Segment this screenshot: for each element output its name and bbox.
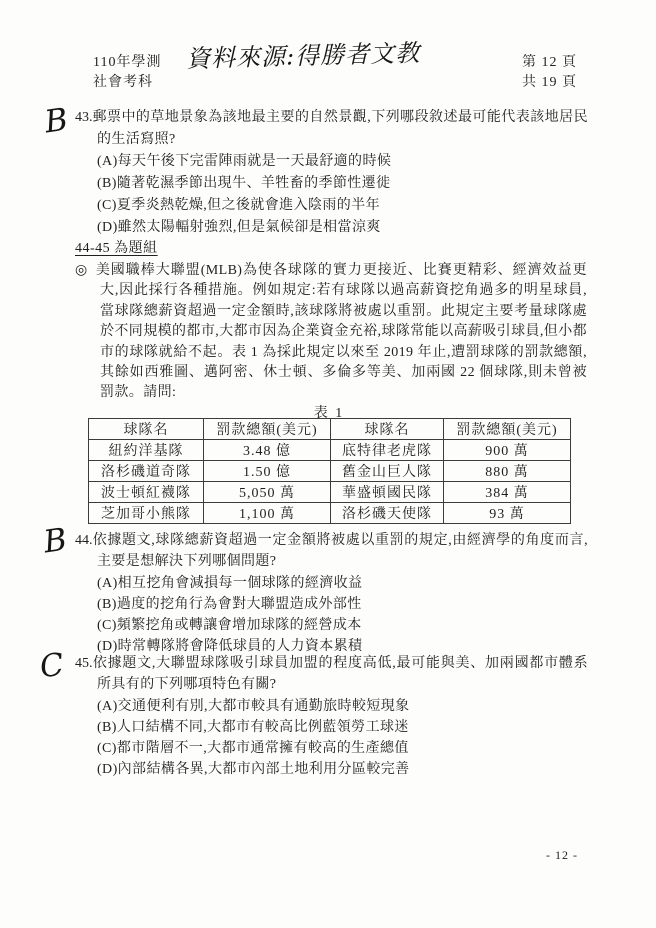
team-name: 華盛頓國民隊 bbox=[331, 482, 444, 503]
option-label: (B) bbox=[97, 597, 117, 612]
fine-amount: 880 萬 bbox=[444, 461, 571, 482]
question-45-option-c: (C)都市階層不一,大都市通常擁有較高的生產總值 bbox=[97, 738, 588, 759]
fine-amount: 93 萬 bbox=[444, 503, 571, 524]
option-label: (C) bbox=[97, 618, 117, 633]
col-header-fine-1: 罰款總額(美元) bbox=[204, 419, 331, 440]
col-header-fine-2: 罰款總額(美元) bbox=[444, 419, 571, 440]
team-name: 芝加哥小熊隊 bbox=[89, 503, 204, 524]
question-group-heading: 44-45 為題組 bbox=[75, 237, 158, 257]
question-44-number: 44. bbox=[75, 533, 93, 548]
question-44-option-c: (C)頻繁挖角或轉讓會增加球隊的經營成本 bbox=[97, 615, 588, 636]
footer-page-number: - 12 - bbox=[546, 848, 578, 863]
fine-amount: 5,050 萬 bbox=[204, 482, 331, 503]
table-row: 洛杉磯道奇隊 1.50 億 舊金山巨人隊 880 萬 bbox=[89, 461, 571, 482]
option-label: (A) bbox=[97, 576, 118, 591]
option-label: (A) bbox=[97, 154, 118, 169]
question-44: 44.依據題文,球隊總薪資超過一定金額將被處以重罰的規定,由經濟學的角度而言,主… bbox=[75, 530, 588, 658]
fine-amount: 3.48 億 bbox=[204, 440, 331, 461]
question-45-option-d: (D)內部結構各異,大都市內部土地利用分區較完善 bbox=[97, 759, 588, 780]
option-label: (C) bbox=[97, 741, 117, 756]
question-43-stem: 43.郵票中的草地景象為該地最主要的自然景觀,下列哪段敘述最可能代表該地居民的生… bbox=[75, 107, 588, 151]
page-number-label: 第 12 頁 bbox=[522, 53, 577, 73]
option-label: (D) bbox=[97, 762, 118, 777]
handwritten-answer-q43: B bbox=[43, 105, 70, 139]
question-group-intro: ◎美國職棒大聯盟(MLB)為使各球隊的實力更接近、比賽更精彩、經濟效益更大,因此… bbox=[75, 261, 587, 404]
header-right: 第 12 頁 共 19 頁 bbox=[522, 53, 577, 93]
question-43-number: 43. bbox=[75, 110, 93, 125]
col-header-team-1: 球隊名 bbox=[89, 419, 204, 440]
option-label: (A) bbox=[97, 699, 118, 714]
option-label: (C) bbox=[97, 198, 117, 213]
question-44-stem: 44.依據題文,球隊總薪資超過一定金額將被處以重罰的規定,由經濟學的角度而言,主… bbox=[75, 530, 588, 573]
circle-bullet-icon: ◎ bbox=[75, 263, 96, 278]
exam-year-label: 110年學測 bbox=[93, 53, 161, 73]
team-name: 底特律老虎隊 bbox=[331, 440, 444, 461]
fine-amount: 1,100 萬 bbox=[204, 503, 331, 524]
option-label: (B) bbox=[97, 720, 117, 735]
question-43-option-a: (A)每天午後下完雷陣雨就是一天最舒適的時候 bbox=[97, 151, 588, 173]
fine-amount: 384 萬 bbox=[444, 482, 571, 503]
question-45: 45.依據題文,大聯盟球隊吸引球員加盟的程度高低,最可能與美、加兩國都市體系所具… bbox=[75, 653, 588, 781]
question-45-stem: 45.依據題文,大聯盟球隊吸引球員加盟的程度高低,最可能與美、加兩國都市體系所具… bbox=[75, 653, 588, 696]
table-header-row: 球隊名 罰款總額(美元) 球隊名 罰款總額(美元) bbox=[89, 419, 571, 440]
team-name: 洛杉磯道奇隊 bbox=[89, 461, 204, 482]
question-43-option-d: (D)雖然太陽輻射強烈,但是氣候卻是相當涼爽 bbox=[97, 217, 588, 239]
question-44-option-a: (A)相互挖角會減損每一個球隊的經濟收益 bbox=[97, 573, 588, 594]
team-name: 紐約洋基隊 bbox=[89, 440, 204, 461]
option-label: (D) bbox=[97, 220, 118, 235]
question-43: 43.郵票中的草地景象為該地最主要的自然景觀,下列哪段敘述最可能代表該地居民的生… bbox=[75, 107, 588, 239]
fine-amount: 900 萬 bbox=[444, 440, 571, 461]
team-name: 舊金山巨人隊 bbox=[331, 461, 444, 482]
table-row: 芝加哥小熊隊 1,100 萬 洛杉磯天使隊 93 萬 bbox=[89, 503, 571, 524]
subject-label: 社會考科 bbox=[93, 73, 161, 93]
question-43-option-c: (C)夏季炎熱乾燥,但之後就會進入陰雨的半年 bbox=[97, 195, 588, 217]
question-45-option-a: (A)交通便利有別,大都市較具有通勤旅時較短現象 bbox=[97, 696, 588, 717]
handwritten-source-note: 資料來源:得勝者文教 bbox=[186, 33, 421, 74]
table-row: 波士頓紅襪隊 5,050 萬 華盛頓國民隊 384 萬 bbox=[89, 482, 571, 503]
fine-table: 球隊名 罰款總額(美元) 球隊名 罰款總額(美元) 紐約洋基隊 3.48 億 底… bbox=[88, 418, 571, 524]
team-name: 洛杉磯天使隊 bbox=[331, 503, 444, 524]
handwritten-answer-q44: B bbox=[42, 525, 69, 559]
question-45-number: 45. bbox=[75, 656, 93, 671]
table-row: 紐約洋基隊 3.48 億 底特律老虎隊 900 萬 bbox=[89, 440, 571, 461]
header-left: 110年學測 社會考科 bbox=[93, 53, 161, 93]
question-43-option-b: (B)隨著乾濕季節出現牛、羊牲畜的季節性遷徙 bbox=[97, 173, 588, 195]
intro-paragraph: ◎美國職棒大聯盟(MLB)為使各球隊的實力更接近、比賽更精彩、經濟效益更大,因此… bbox=[75, 261, 587, 404]
col-header-team-2: 球隊名 bbox=[331, 419, 444, 440]
exam-scan-page: 資料來源:得勝者文教 110年學測 社會考科 第 12 頁 共 19 頁 B 4… bbox=[0, 0, 656, 928]
option-label: (B) bbox=[97, 176, 117, 191]
question-44-option-b: (B)過度的挖角行為會對大聯盟造成外部性 bbox=[97, 594, 588, 615]
question-45-option-b: (B)人口結構不同,大都市有較高比例藍領勞工球迷 bbox=[97, 717, 588, 738]
total-pages-label: 共 19 頁 bbox=[522, 73, 577, 93]
team-name: 波士頓紅襪隊 bbox=[89, 482, 204, 503]
handwritten-answer-q45: C bbox=[38, 649, 66, 683]
fine-amount: 1.50 億 bbox=[204, 461, 331, 482]
